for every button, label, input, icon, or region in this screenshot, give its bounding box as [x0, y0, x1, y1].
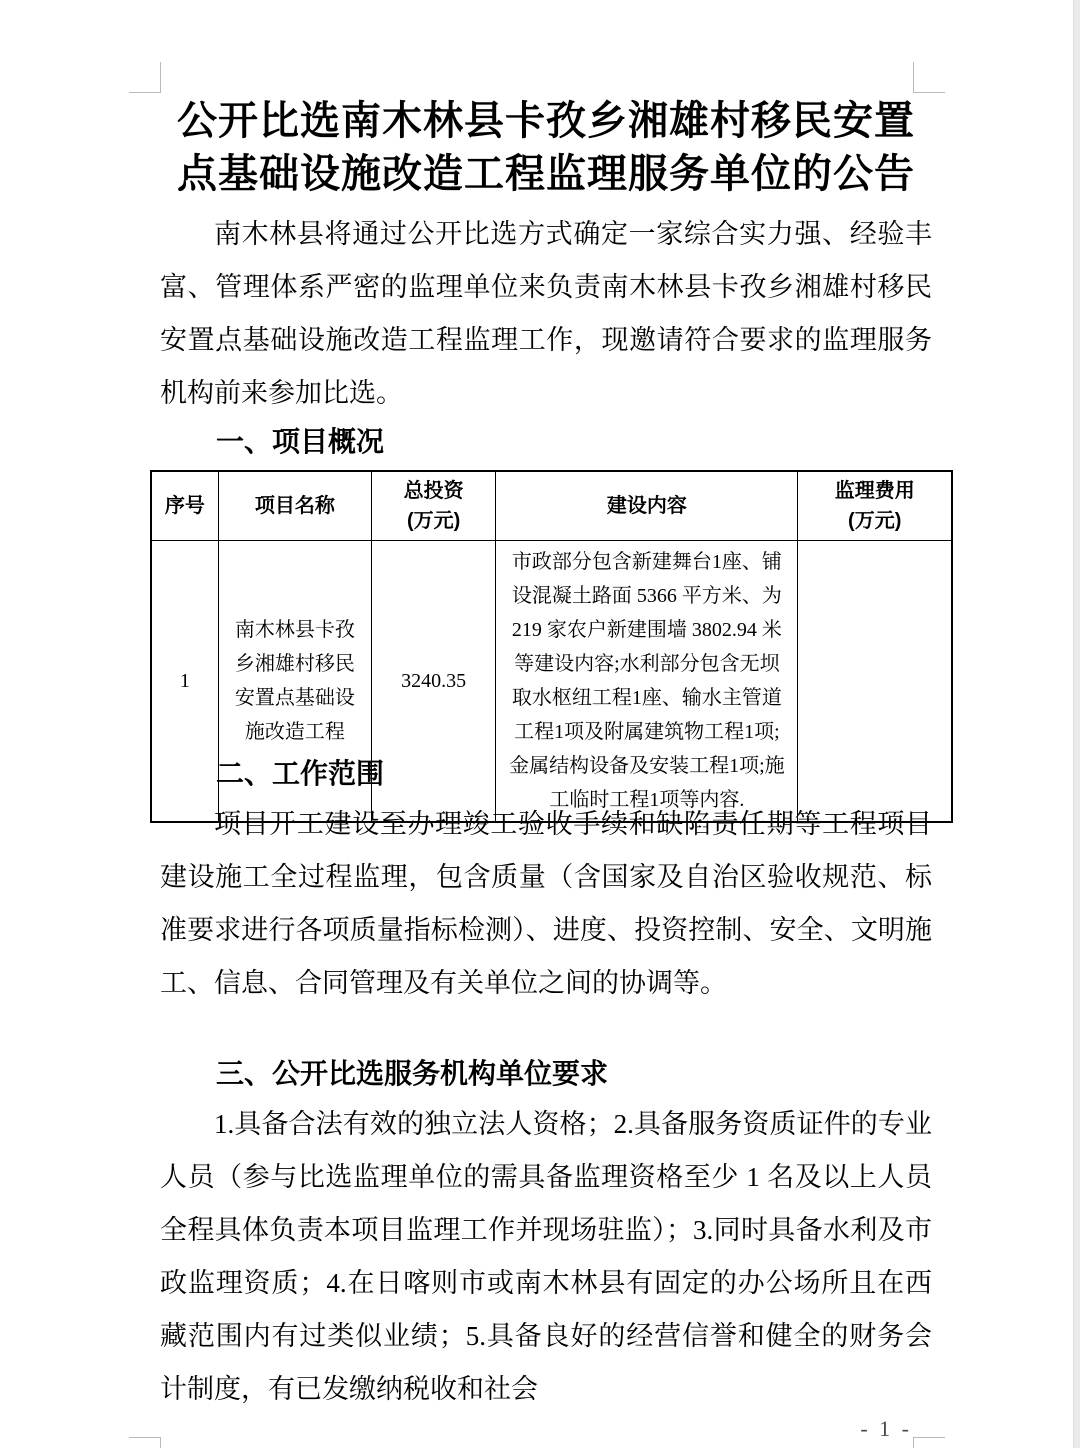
section-3-heading: 三、公开比选服务机构单位要求 — [160, 1056, 932, 1092]
column-header-construction-content: 建设内容 — [496, 471, 798, 541]
section-1-heading: 一、项目概况 — [160, 424, 932, 460]
document-page: 公开比选南木林县卡孜乡湘雄村移民安置点基础设施改造工程监理服务单位的公告 南木林… — [0, 0, 1080, 1448]
margin-crop-mark-bottom-left — [129, 1437, 161, 1448]
scrollbar-track[interactable] — [1073, 0, 1080, 1448]
column-header-total-investment-label: 总投资 — [380, 476, 487, 506]
column-header-project-name: 项目名称 — [218, 471, 371, 541]
section-2-paragraph: 项目开工建设至办理竣工验收手续和缺陷责任期等工程项目建设施工全过程监理，包含质量… — [160, 798, 932, 1010]
margin-crop-mark-top-right — [913, 62, 945, 93]
margin-crop-mark-top-left — [129, 62, 161, 93]
column-header-supervision-fee-label: 监理费用 — [806, 476, 943, 506]
section-3-paragraph: 1.具备合法有效的独立法人资格；2.具备服务资质证件的专业人员（参与比选监理单位… — [160, 1098, 932, 1416]
intro-paragraph: 南木林县将通过公开比选方式确定一家综合实力强、经验丰富、管理体系严密的监理单位来… — [160, 208, 932, 420]
section-2-heading: 二、工作范围 — [160, 756, 932, 792]
column-header-total-investment: 总投资 (万元) — [371, 471, 495, 541]
column-header-supervision-fee-unit: (万元) — [806, 506, 943, 536]
column-header-seq-label: 序号 — [160, 491, 210, 521]
column-header-supervision-fee: 监理费用 (万元) — [798, 471, 952, 541]
column-header-project-name-label: 项目名称 — [227, 491, 363, 521]
column-header-seq: 序号 — [151, 471, 218, 541]
page-number: - 1 - — [860, 1416, 912, 1442]
table-header-row: 序号 项目名称 总投资 (万元) 建设内容 监理费用 (万元) — [151, 471, 952, 541]
document-title: 公开比选南木林县卡孜乡湘雄村移民安置点基础设施改造工程监理服务单位的公告 — [160, 94, 932, 200]
column-header-construction-content-label: 建设内容 — [504, 491, 789, 521]
column-header-total-investment-unit: (万元) — [380, 506, 487, 536]
margin-crop-mark-bottom-right — [913, 1437, 945, 1448]
